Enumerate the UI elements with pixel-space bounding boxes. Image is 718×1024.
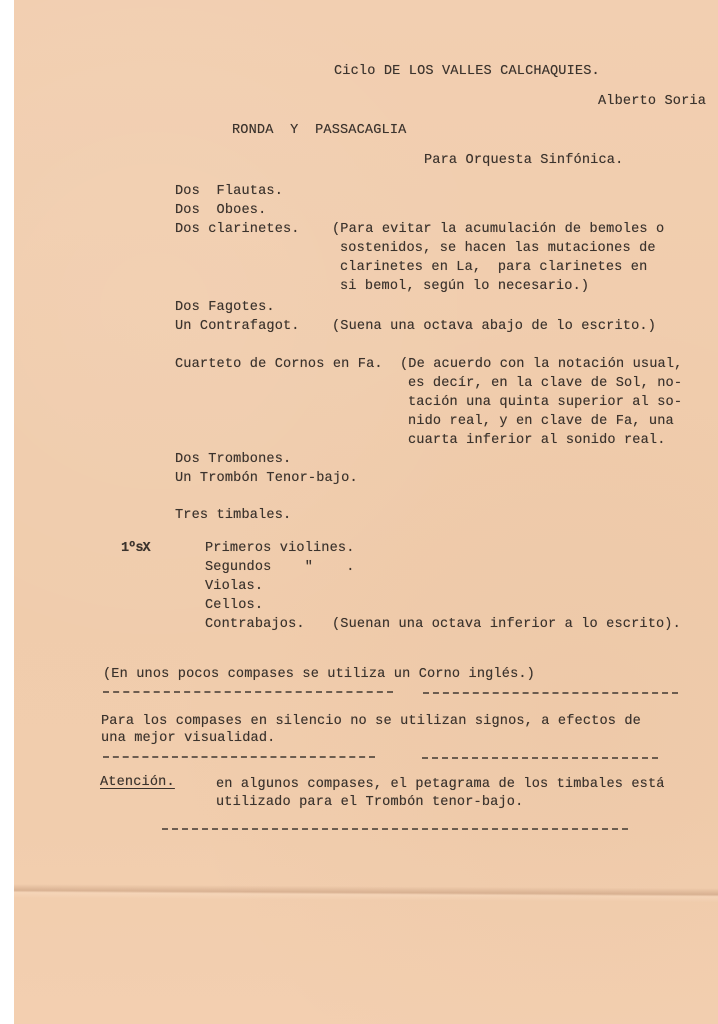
horn-note-line: nido real, y en clave de Fa, una — [408, 412, 674, 431]
attention-note-line: utilizado para el Trombón tenor-bajo. — [216, 793, 523, 812]
double-bass-note: (Suenan una octava inferior a lo escrito… — [332, 615, 681, 634]
struck-out-text: 1ºsX — [121, 539, 150, 558]
instrument-trombones: Dos Trombones. — [175, 450, 291, 469]
attention-label: Atención. — [100, 773, 175, 792]
dashed-separator — [423, 692, 678, 694]
dashed-separator — [103, 756, 375, 758]
instrument-contrabassoon: Un Contrafagot. — [175, 317, 300, 336]
instrument-timpani: Tres timbales. — [175, 506, 291, 525]
author-name: Alberto Soria — [598, 92, 706, 111]
work-title: RONDA Y PASSACAGLIA — [232, 121, 406, 140]
horn-note-line: cuarta inferior al sonido real. — [408, 431, 666, 450]
clarinet-note-line: (Para evitar la acumulación de bemoles o — [332, 220, 664, 239]
work-subtitle: Para Orquesta Sinfónica. — [424, 151, 623, 170]
clarinet-note-line: si bemol, según lo necesario.) — [340, 277, 589, 296]
clarinet-note-line: clarinetes en La, para clarinetes en — [340, 258, 647, 277]
clarinet-note-line: sostenidos, se hacen las mutaciones de — [340, 239, 656, 258]
dashed-separator — [422, 757, 658, 759]
instrument-horns: Cuarteto de Cornos en Fa. — [175, 355, 383, 374]
cycle-title: Ciclo DE LOS VALLES CALCHAQUIES. — [334, 62, 600, 81]
instrument-cellos: Cellos. — [205, 596, 263, 615]
dashed-separator — [103, 691, 393, 693]
contrabassoon-note: (Suena una octava abajo de lo escrito.) — [332, 317, 656, 336]
paper-fold-line — [14, 884, 718, 902]
instrument-second-violins: Segundos " . — [205, 558, 355, 577]
dashed-separator — [162, 828, 628, 830]
instrument-violas: Violas. — [205, 577, 263, 596]
english-horn-note: (En unos pocos compases se utiliza un Co… — [103, 665, 535, 684]
instrument-clarinets: Dos clarinetes. — [175, 220, 300, 239]
attention-note-line: en algunos compases, el petagrama de los… — [216, 775, 665, 794]
horn-note-line: es decír, en la clave de Sol, no- — [408, 374, 682, 393]
horn-note-line: tación una quinta superior al so- — [408, 393, 682, 412]
instrument-first-violins: Primeros violines. — [205, 539, 355, 558]
horn-note-line: (De acuerdo con la notación usual, — [400, 355, 682, 374]
instrument-oboes: Dos Oboes. — [175, 201, 266, 220]
instrument-bass-trombone: Un Trombón Tenor-bajo. — [175, 469, 358, 488]
instrument-flutes: Dos Flautas. — [175, 182, 283, 201]
typed-document-page: Ciclo DE LOS VALLES CALCHAQUIES. Alberto… — [14, 0, 718, 1024]
instrument-double-basses: Contrabajos. — [205, 615, 305, 634]
instrument-bassoons: Dos Fagotes. — [175, 298, 275, 317]
silence-note-line: una mejor visualidad. — [101, 729, 275, 748]
